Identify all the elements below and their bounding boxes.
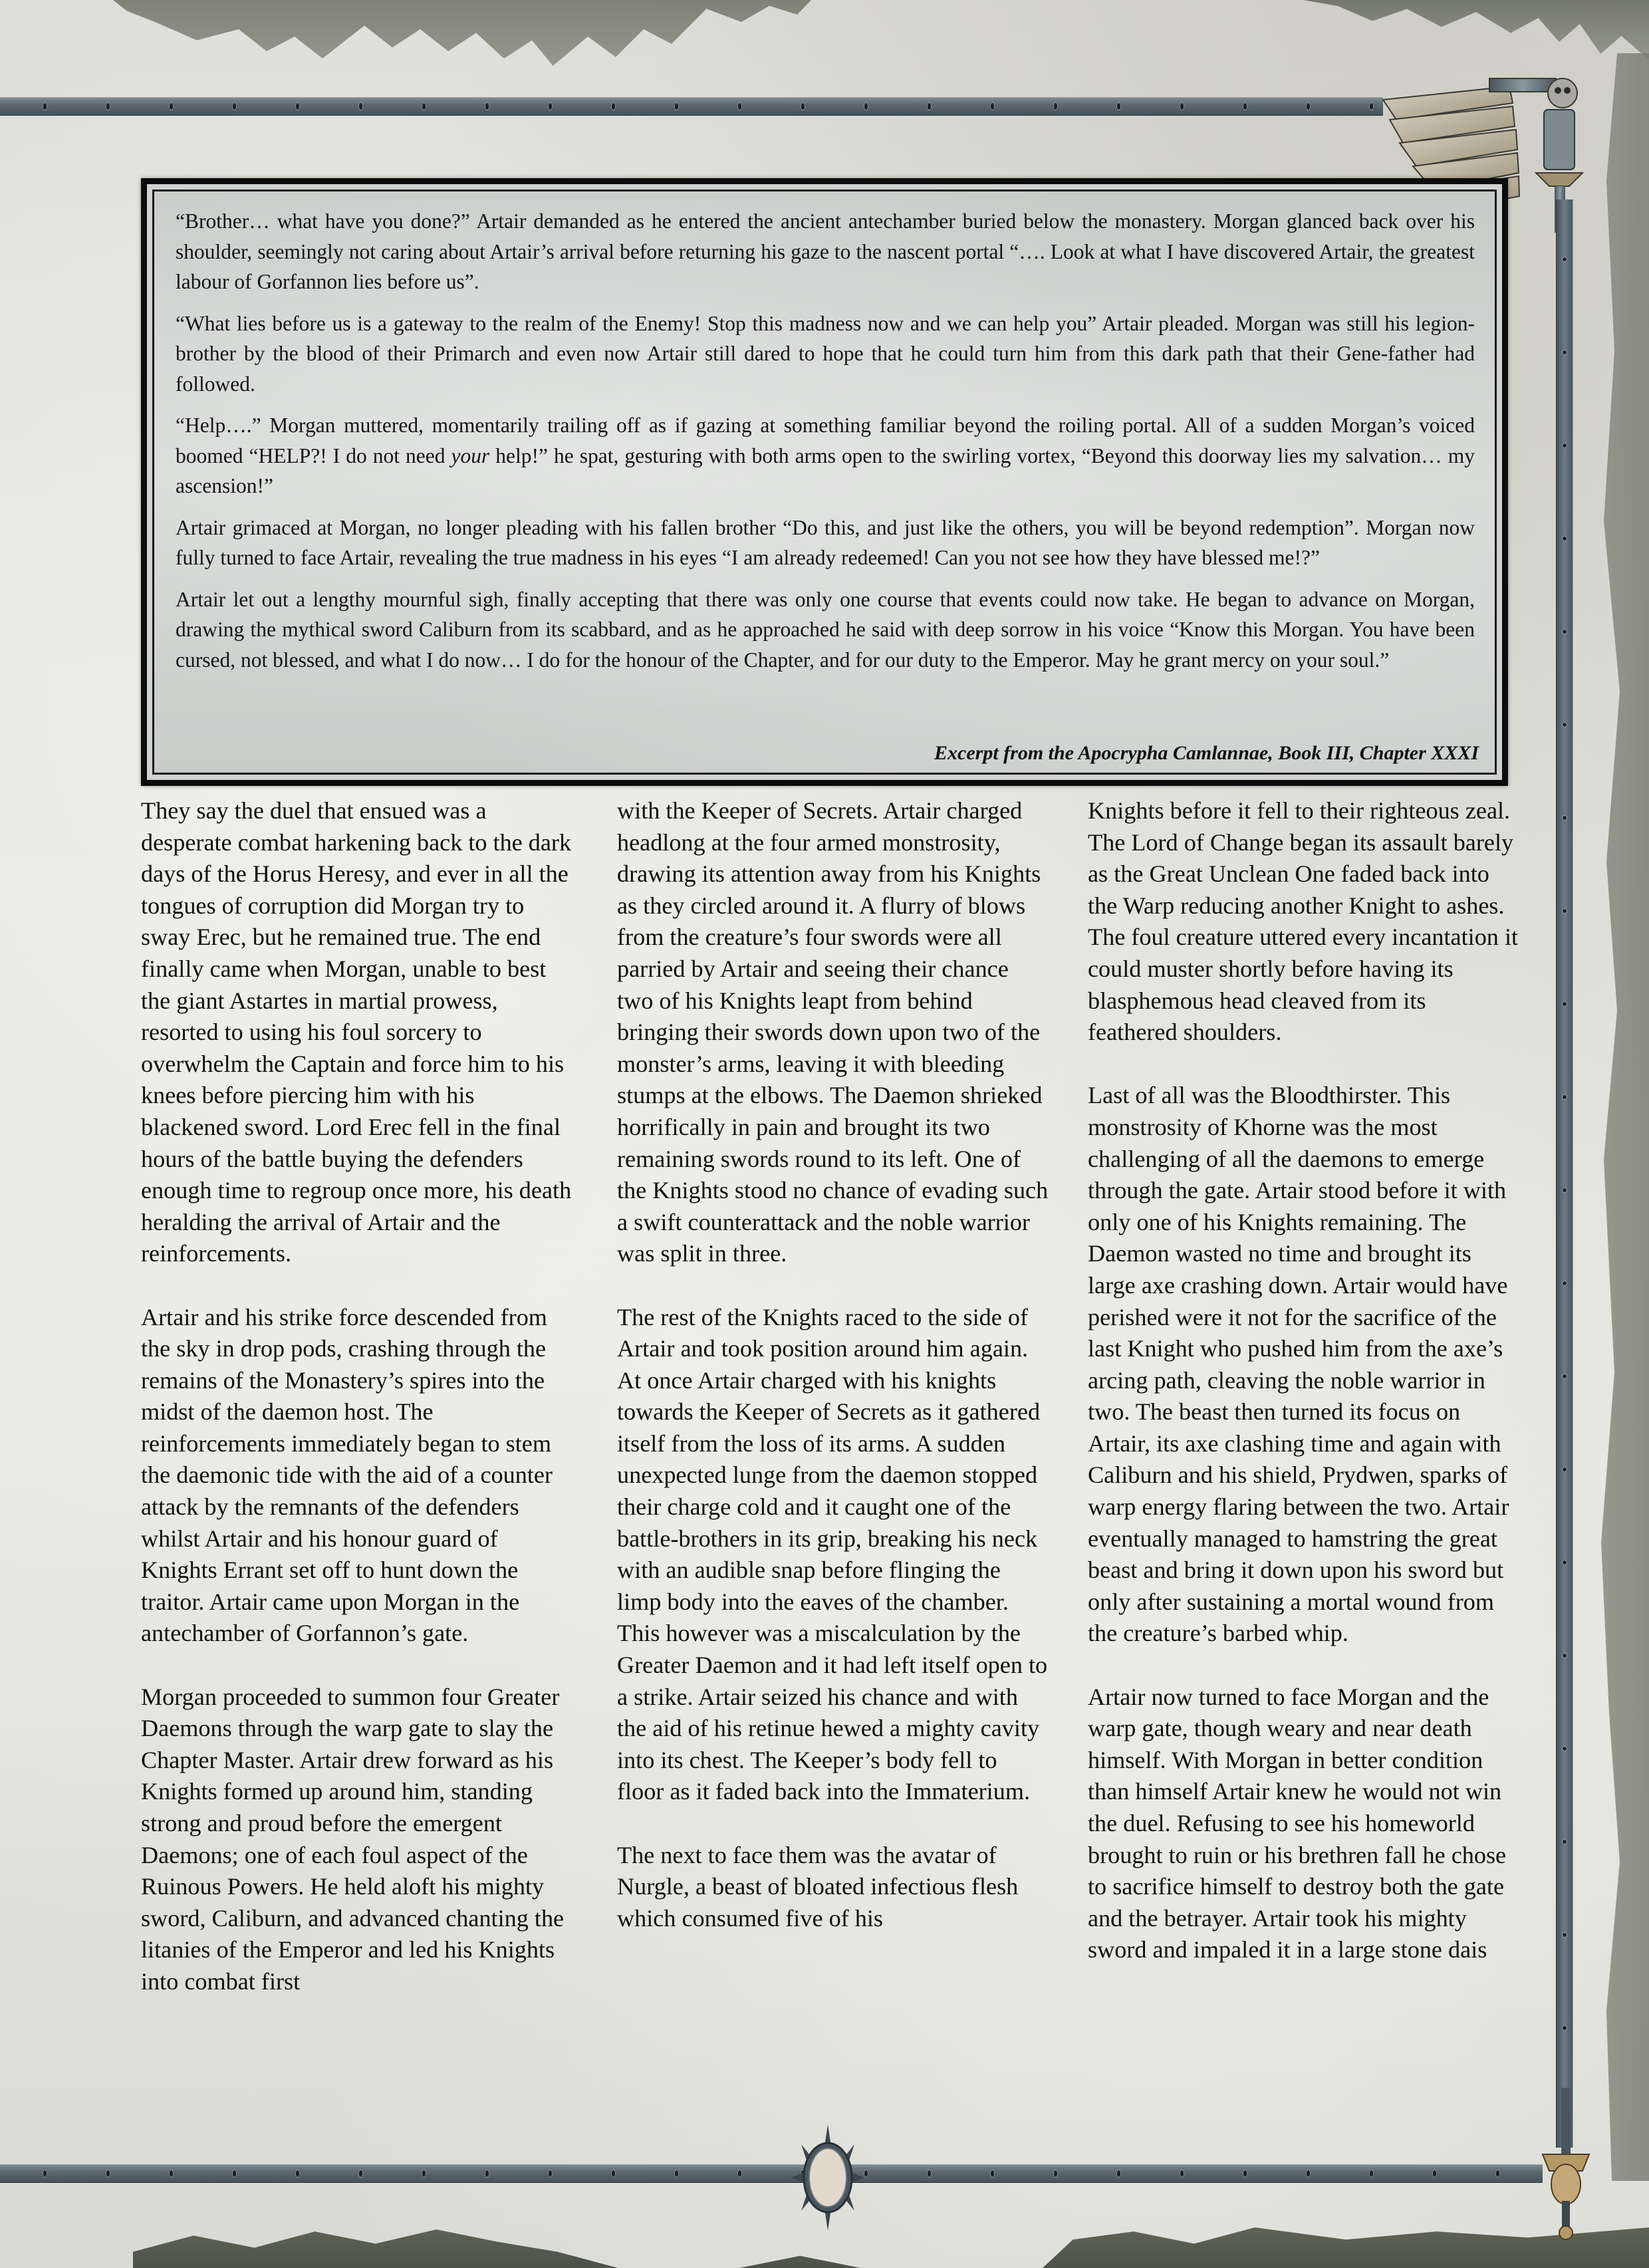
rivets [0,2165,1543,2182]
column-3: Knights before it fell to their righteou… [1088,795,1520,1998]
body-paragraph: They say the duel that ensued was a desp… [141,795,573,1270]
body-paragraph: Artair now turned to face Morgan and the… [1088,1682,1520,1966]
bottom-metal-border-bar [0,2164,1543,2183]
quote-paragraph: “Brother… what have you done?” Artair de… [176,206,1475,297]
quote-emphasis: your [451,444,489,467]
body-paragraph: Knights before it fell to their righteou… [1088,795,1520,1049]
right-metal-border-bar [1556,199,1573,2148]
column-2: with the Keeper of Secrets. Artair charg… [617,795,1049,1966]
quote-box-inner-frame: “Brother… what have you done?” Artair de… [152,189,1497,775]
body-paragraph: Artair and his strike force descended fr… [141,1302,573,1650]
quote-paragraph: Artair grimaced at Morgan, no longer ple… [176,513,1475,573]
body-paragraph: The next to face them was the avatar of … [617,1840,1049,1935]
rivets [0,98,1383,115]
body-paragraph: The rest of the Knights raced to the sid… [617,1302,1049,1809]
quote-paragraph: “Help….” Morgan muttered, momentarily tr… [176,410,1475,501]
top-metal-border-bar [0,97,1383,116]
body-text-columns: They say the duel that ensued was a desp… [141,795,1511,2098]
sword-hilt-icon [1536,2088,1596,2241]
rivets [1557,199,1573,2148]
quote-box: “Brother… what have you done?” Artair de… [141,178,1508,786]
quote-source-citation: Excerpt from the Apocrypha Camlannae, Bo… [934,742,1479,765]
spiked-medallion-icon [788,2124,868,2231]
column-1: They say the duel that ensued was a desp… [141,795,573,2029]
quote-paragraph: “What lies before us is a gateway to the… [176,309,1475,400]
body-paragraph: Last of all was the Bloodthirster. This … [1088,1080,1520,1650]
quote-paragraph: Artair let out a lengthy mournful sigh, … [176,584,1475,676]
body-paragraph: with the Keeper of Secrets. Artair charg… [617,795,1049,1270]
body-paragraph: Morgan proceeded to summon four Greater … [141,1682,573,1998]
